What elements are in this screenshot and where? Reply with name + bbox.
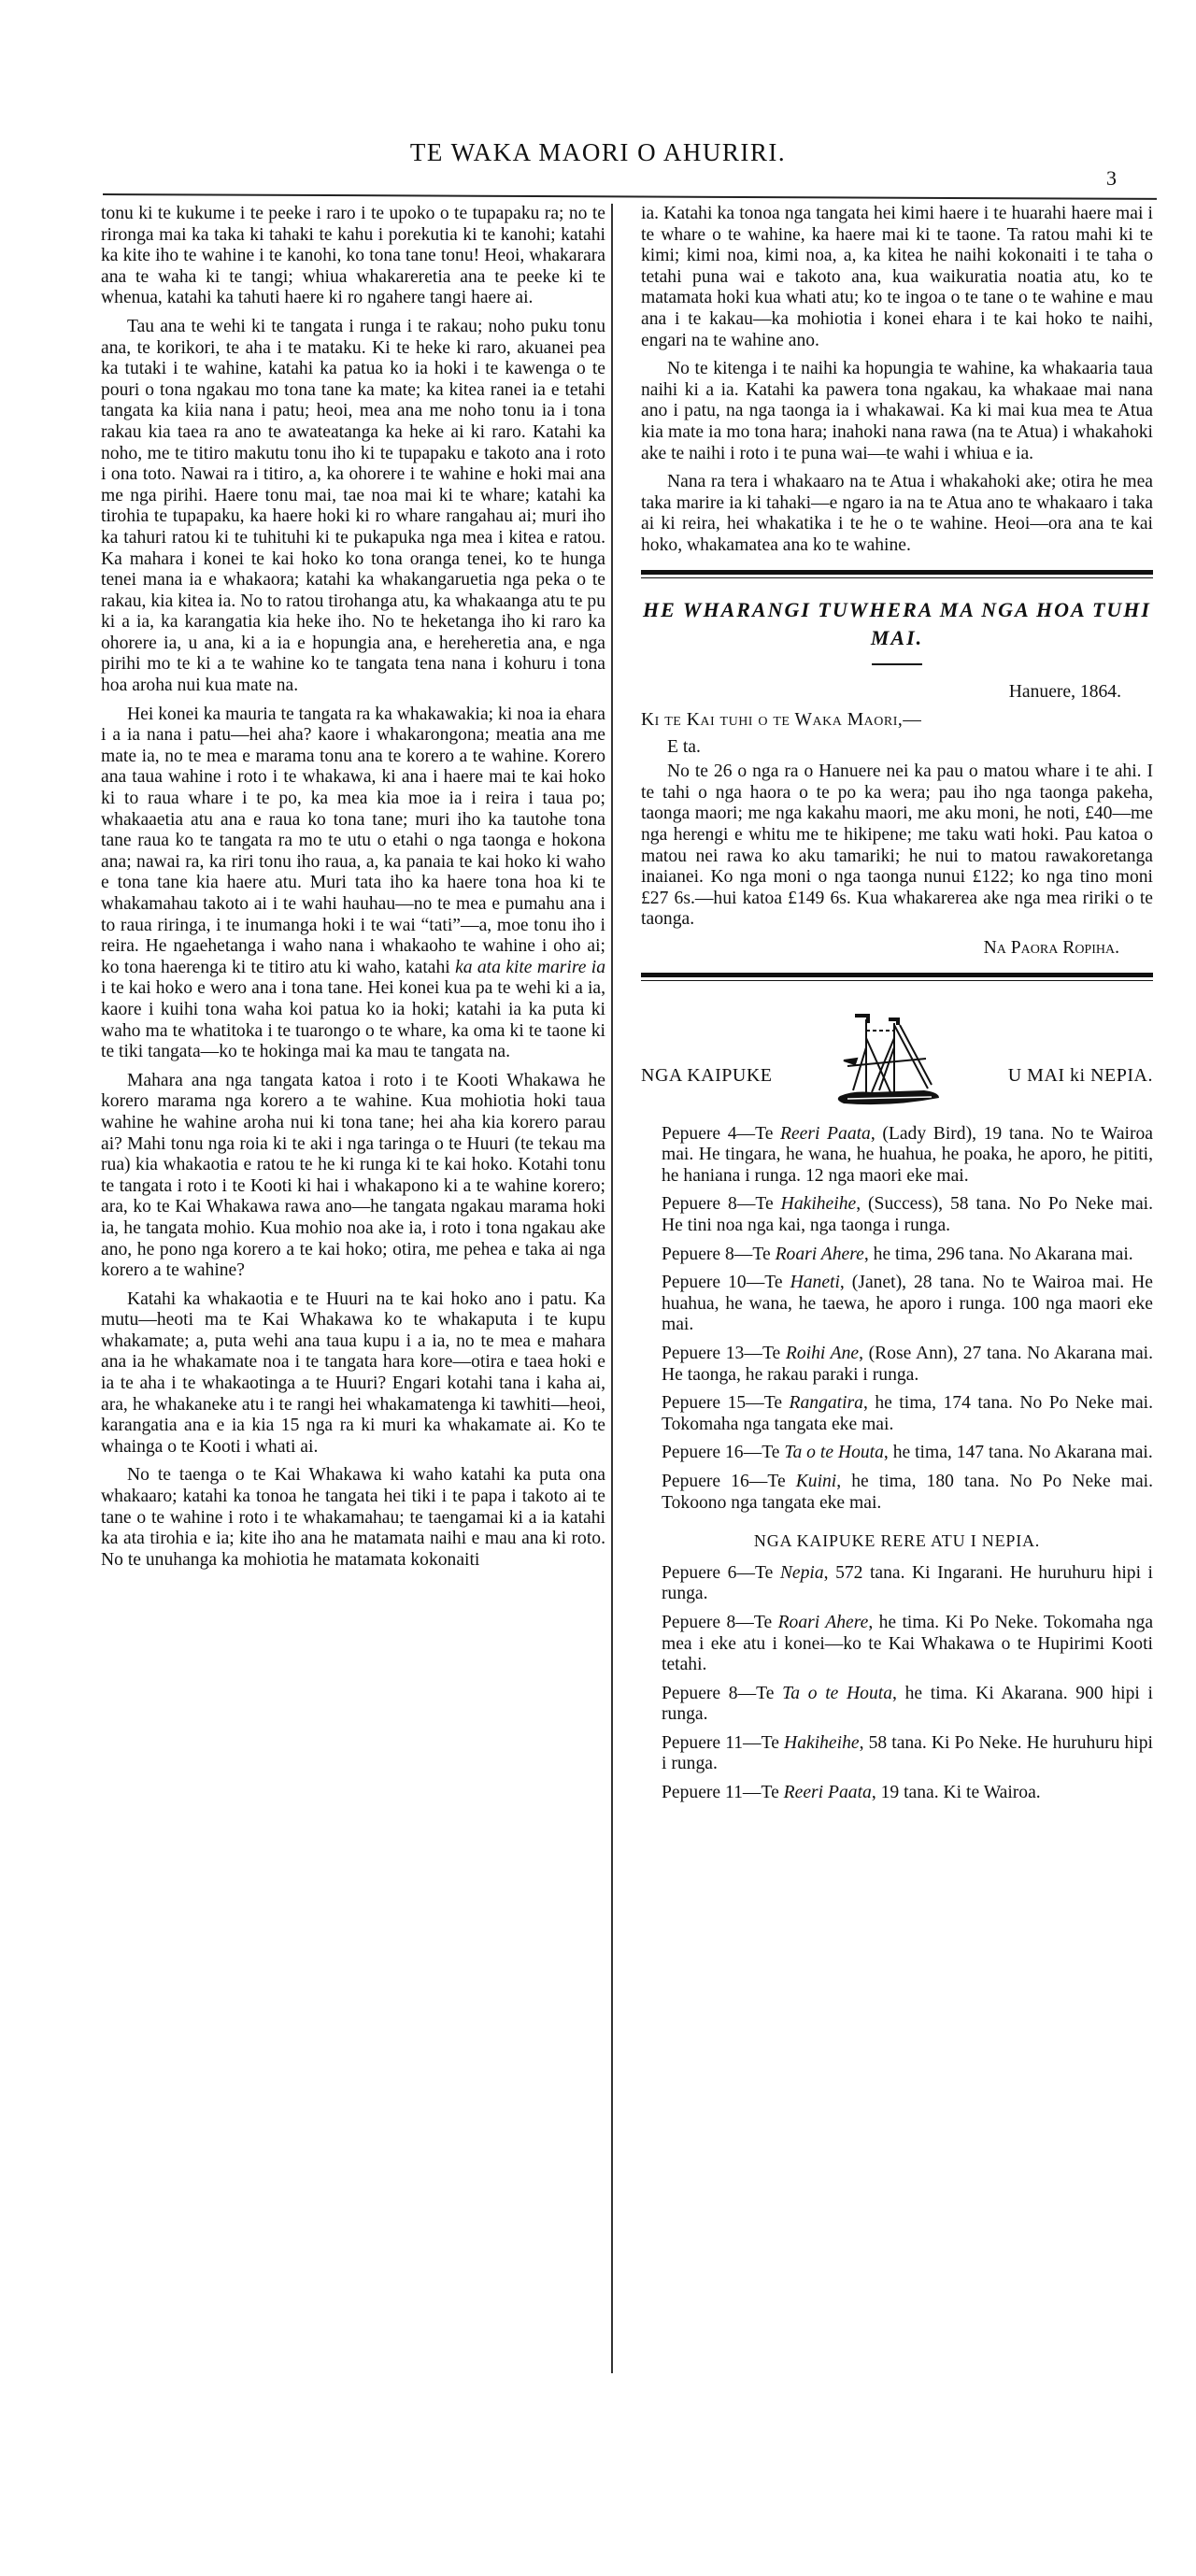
ship-name: Rangatira [790, 1393, 863, 1413]
shipping-entry: Pepuere 6—Te Nepia, 572 tana. Ki Ingaran… [641, 1563, 1153, 1605]
entry-date: Pepuere 13—Te [662, 1344, 786, 1363]
ship-name: Roari Ahere [776, 1245, 864, 1264]
italic-phrase: ka ata kite marire ia [455, 958, 605, 977]
arrivals-list: Pepuere 4—Te Reeri Paata, (Lady Bird), 1… [641, 1124, 1153, 1515]
arrivals-label-left: NGA KAIPUKE [641, 1065, 773, 1111]
article-paragraph: Katahi ka whakaotia e te Huuri na te kai… [101, 1289, 605, 1459]
entry-date: Pepuere 8—Te [662, 1194, 781, 1214]
ship-name: Haneti [790, 1273, 840, 1292]
ship-name: Roihi Ane [786, 1344, 859, 1363]
paragraph-text: Hei konei ka mauria te tangata ra ka wha… [101, 704, 605, 977]
ship-name: Ta o te Houta [784, 1443, 884, 1462]
shipping-entry: Pepuere 4—Te Reeri Paata, (Lady Bird), 1… [641, 1124, 1153, 1188]
article-paragraph: tonu ki te kukume i te peeke i raro i te… [101, 204, 605, 309]
letter-greeting: E ta. [641, 737, 1153, 759]
entry-date: Pepuere 15—Te [662, 1393, 790, 1413]
ship-name: Reeri Paata [784, 1783, 872, 1802]
section-title: He Wharangi Tuwhera ma nga Hoa Tuhi Mai. [641, 596, 1153, 652]
ship-name: Hakiheihe [781, 1194, 857, 1214]
article-paragraph: ia. Katahi ka tonoa nga tangata hei kimi… [641, 204, 1153, 351]
newspaper-masthead: TE WAKA MAORI O AHURIRI. [0, 138, 1196, 167]
shipping-entry: Pepuere 11—Te Hakiheihe, 58 tana. Ki Po … [641, 1733, 1153, 1775]
shipping-entry: Pepuere 8—Te Hakiheihe, (Success), 58 ta… [641, 1194, 1153, 1236]
ship-name: Hakiheihe [784, 1733, 860, 1753]
section-divider [641, 570, 1153, 581]
header-rule [103, 193, 1157, 200]
entry-date: Pepuere 11—Te [662, 1783, 784, 1802]
section-divider [641, 973, 1153, 984]
shipping-entry: Pepuere 16—Te Kuini, he tima, 180 tana. … [641, 1472, 1153, 1514]
entry-details: , he tima, 296 tana. No Akarana mai. [864, 1245, 1133, 1264]
entry-date: Pepuere 16—Te [662, 1443, 784, 1462]
shipping-entry: Pepuere 8—Te Roari Ahere, he tima. Ki Po… [641, 1613, 1153, 1676]
article-paragraph: No te kitenga i te naihi ka hopungia te … [641, 359, 1153, 464]
entry-date: Pepuere 10—Te [662, 1273, 790, 1292]
column-divider [611, 204, 613, 2373]
entry-date: Pepuere 6—Te [662, 1563, 780, 1583]
paragraph-text: i te kai hoko e wero ana i tona tane. He… [101, 978, 605, 1061]
shipping-entry: Pepuere 11—Te Reeri Paata, 19 tana. Ki t… [641, 1783, 1153, 1804]
letter-body: No te 26 o nga ra o Hanuere nei ka pau o… [641, 761, 1153, 931]
shipping-header: NGA KAIPUKE [641, 1006, 1153, 1111]
letter-dateline: Hanuere, 1864. [641, 682, 1153, 704]
shipping-entry: Pepuere 16—Te Ta o te Houta, he tima, 14… [641, 1443, 1153, 1464]
shipping-entry: Pepuere 8—Te Ta o te Houta, he tima. Ki … [641, 1684, 1153, 1726]
departures-title: NGA KAIPUKE RERE ATU I NEPIA. [641, 1530, 1153, 1552]
article-paragraph: Tau ana te wehi ki te tangata i runga i … [101, 317, 605, 697]
entry-date: Pepuere 16—Te [662, 1472, 796, 1491]
page-number: 3 [1106, 166, 1117, 191]
shipping-entry: Pepuere 8—Te Roari Ahere, he tima, 296 t… [641, 1245, 1153, 1266]
entry-date: Pepuere 8—Te [662, 1684, 782, 1703]
ship-name: Ta o te Houta [782, 1684, 892, 1703]
ship-name: Reeri Paata [780, 1124, 871, 1144]
entry-details: , 19 tana. Ki te Wairoa. [872, 1783, 1041, 1802]
letter-salutation: Ki te Kai tuhi o te Waka Maori,— [641, 710, 1153, 732]
ship-name: Kuini [796, 1472, 837, 1491]
ship-name: Nepia [780, 1563, 824, 1583]
article-paragraph: Nana ra tera i whakaaro na te Atua i wha… [641, 472, 1153, 556]
right-column: ia. Katahi ka tonoa nga tangata hei kimi… [641, 204, 1153, 1812]
entry-details: , he tima, 147 tana. No Akarana mai. [884, 1443, 1153, 1462]
entry-date: Pepuere 11—Te [662, 1733, 784, 1753]
letters-section: He Wharangi Tuwhera ma nga Hoa Tuhi Mai.… [641, 596, 1153, 960]
entry-date: Pepuere 4—Te [662, 1124, 780, 1144]
shipping-entry: Pepuere 15—Te Rangatira, he tima, 174 ta… [641, 1393, 1153, 1435]
sailing-ship-icon [834, 1010, 947, 1111]
letter-signature: Na Paora Ropiha. [641, 938, 1153, 960]
left-column: tonu ki te kukume i te peeke i raro i te… [101, 204, 605, 1578]
article-paragraph: Mahara ana nga tangata katoa i roto i te… [101, 1071, 605, 1282]
shipping-entry: Pepuere 10—Te Haneti, (Janet), 28 tana. … [641, 1273, 1153, 1336]
departures-list: Pepuere 6—Te Nepia, 572 tana. Ki Ingaran… [641, 1563, 1153, 1804]
title-rule [872, 663, 922, 665]
entry-date: Pepuere 8—Te [662, 1245, 776, 1264]
ship-name: Roari Ahere [778, 1613, 869, 1632]
article-paragraph: No te taenga o te Kai Whakawa ki waho ka… [101, 1465, 605, 1571]
shipping-section: NGA KAIPUKE [641, 1006, 1153, 1804]
shipping-entry: Pepuere 13—Te Roihi Ane, (Rose Ann), 27 … [641, 1344, 1153, 1386]
entry-date: Pepuere 8—Te [662, 1613, 778, 1632]
article-paragraph: Hei konei ka mauria te tangata ra ka wha… [101, 704, 605, 1063]
arrivals-label-right: U MAI ki NEPIA. [1008, 1065, 1153, 1111]
